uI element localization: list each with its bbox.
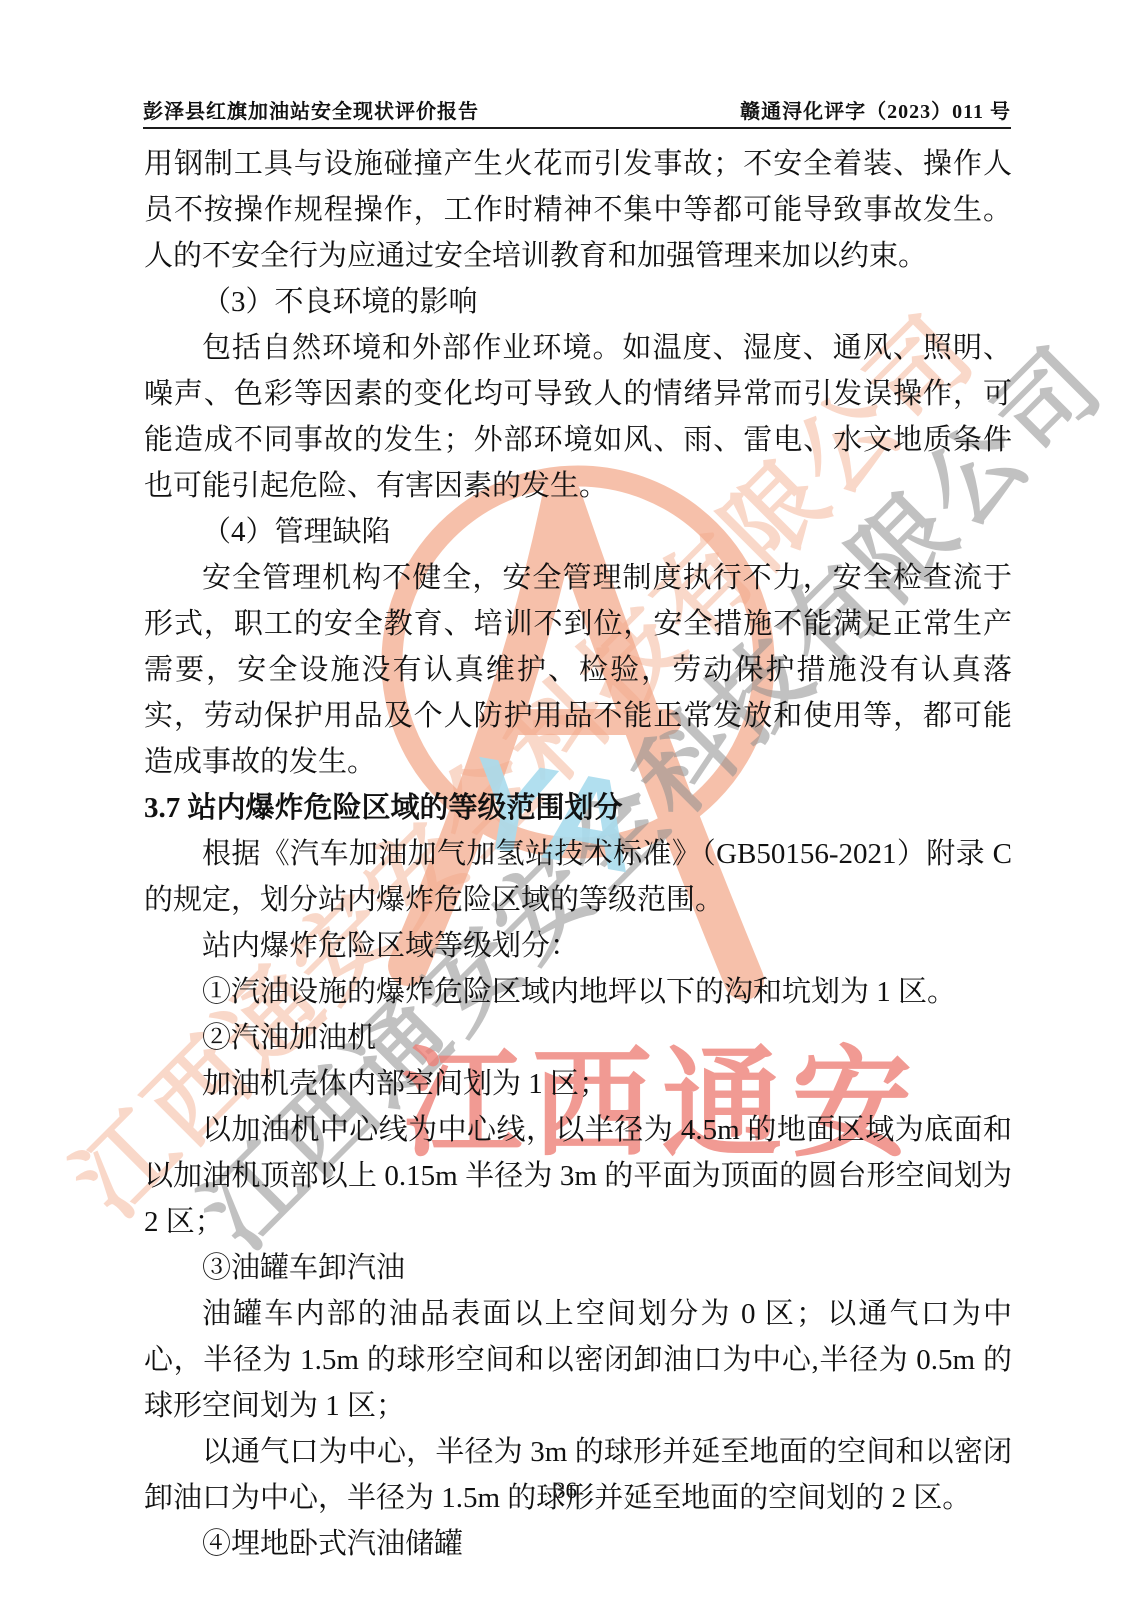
document-body: 用钢制工具与设施碰撞产生火花而引发事故；不安全着装、操作人员不按操作规程操作，工… bbox=[144, 141, 1012, 1567]
page-number: 36 bbox=[554, 1478, 577, 1503]
paragraph: 油罐车内部的油品表面以上空间划分为 0 区；以通气口为中心，半径为 1.5m 的… bbox=[144, 1291, 1012, 1429]
paragraph: 加油机壳体内部空间划为 1 区； bbox=[144, 1061, 1012, 1107]
paragraph: （4）管理缺陷 bbox=[144, 509, 1012, 555]
paragraph: 用钢制工具与设施碰撞产生火花而引发事故；不安全着装、操作人员不按操作规程操作，工… bbox=[144, 141, 1012, 279]
paragraph: ②汽油加油机 bbox=[144, 1015, 1012, 1061]
page-content: 彭泽县红旗加油站安全现状评价报告 赣通浔化评字（2023）011 号 用钢制工具… bbox=[0, 0, 1131, 1600]
paragraph: （3）不良环境的影响 bbox=[144, 279, 1012, 325]
page-header: 彭泽县红旗加油站安全现状评价报告 赣通浔化评字（2023）011 号 bbox=[143, 95, 1011, 124]
report-title-header: 彭泽县红旗加油站安全现状评价报告 bbox=[143, 95, 479, 124]
paragraph: 包括自然环境和外部作业环境。如温度、湿度、通风、照明、噪声、色彩等因素的变化均可… bbox=[144, 325, 1012, 509]
header-rule bbox=[143, 127, 1011, 129]
paragraph: ④埋地卧式汽油储罐 bbox=[144, 1521, 1012, 1567]
paragraph: ③油罐车卸汽油 bbox=[144, 1245, 1012, 1291]
paragraph: 站内爆炸危险区域等级划分： bbox=[144, 923, 1012, 969]
paragraph: 以加油机中心线为中心线，以半径为 4.5m 的地面区域为底面和以加油机顶部以上 … bbox=[144, 1107, 1012, 1245]
paragraph: 安全管理机构不健全，安全管理制度执行不力，安全检查流于形式，职工的安全教育、培训… bbox=[144, 555, 1012, 785]
paragraph: ①汽油设施的爆炸危险区域内地坪以下的沟和坑划为 1 区。 bbox=[144, 969, 1012, 1015]
document-page: 江西通安安全科技有限公司 江西通安安全科技有限公司 YA 江西通安 彭泽县红旗加… bbox=[0, 0, 1131, 1600]
paragraph: 以通气口为中心，半径为 3m 的球形并延至地面的空间和以密闭卸油口为中心，半径为… bbox=[144, 1429, 1012, 1521]
page-footer: 36 bbox=[0, 1478, 1131, 1504]
section-heading: 3.7 站内爆炸危险区域的等级范围划分 bbox=[144, 785, 1012, 831]
paragraph: 根据《汽车加油加气加氢站技术标准》（GB50156-2021）附录 C 的规定，… bbox=[144, 831, 1012, 923]
document-number-header: 赣通浔化评字（2023）011 号 bbox=[740, 95, 1011, 124]
